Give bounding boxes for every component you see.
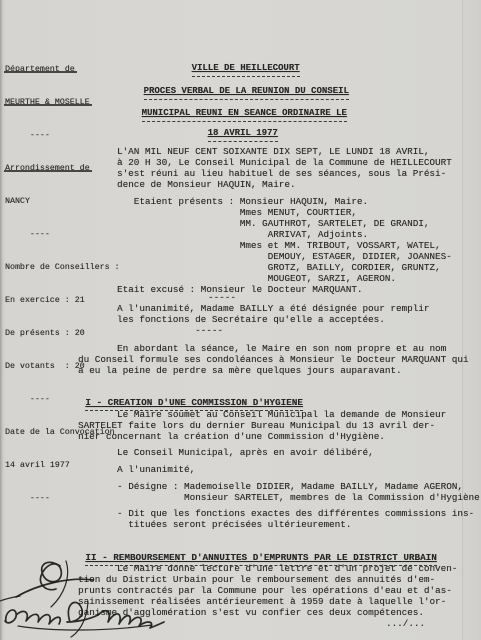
paraph-tail	[0, 596, 20, 601]
paper-crease	[462, 0, 464, 640]
signature-first-name	[5, 610, 60, 624]
page-left-edge	[0, 0, 3, 640]
department-line2-text: MEURTHE & MOSELLE	[5, 97, 90, 108]
section1-paragraph3: A l'unanimité,	[78, 464, 195, 475]
condolences-paragraph: En abordant la séance, le Maire en son n…	[78, 343, 469, 376]
arrondissement-line1-text: Arrondissement de	[5, 163, 90, 174]
document-page: Département de MEURTHE & MOSELLE ---- Ar…	[0, 0, 481, 640]
section1-paragraph1: Le Maire soumet au Conseil Municipal la …	[78, 409, 446, 442]
attendance-list: Etaient présents : Monsieur HAQUIN, Mair…	[117, 196, 452, 295]
signature-r-loop	[67, 602, 98, 622]
arrondissement-line1: Arrondissement de	[5, 163, 120, 174]
separator-dashes: -----	[208, 292, 236, 303]
handwritten-signature	[0, 552, 175, 640]
department-line1-text: Département de	[5, 64, 75, 75]
signature-underline-sweep	[18, 625, 152, 630]
section1-dit-que: - Dit que les fonctions exactes des diff…	[78, 508, 474, 530]
arrondissement-line2: NANCY	[5, 196, 120, 207]
section1-paragraph2: Le Conseil Municipal, après en avoir dél…	[78, 447, 374, 458]
councillors-present: De présents : 20	[5, 328, 120, 339]
signature-last-name	[98, 611, 164, 628]
page-continuation-mark: .../...	[386, 618, 425, 629]
councillors-in-office: En exercice : 21	[5, 295, 120, 306]
section1-designates: - Désigne : Mademoiselle DIDIER, Madame …	[78, 481, 481, 503]
opening-paragraph: L'AN MIL NEUF CENT SOIXANTE DIX SEPT, LE…	[117, 146, 452, 190]
department-line1: Département de	[5, 64, 120, 75]
paraph-cross-stroke	[16, 579, 93, 597]
meeting-date-text: 18 AVRIL 1977	[208, 128, 278, 142]
councillors-label: Nombre de Conseillers :	[5, 262, 120, 273]
department-line2: MEURTHE & MOSELLE	[5, 97, 120, 108]
margin-dash-1: ----	[5, 130, 120, 141]
margin-dash-2: ----	[5, 229, 120, 240]
secretary-paragraph: A l'unanimité, Madame BAILLY a été désig…	[117, 303, 429, 336]
